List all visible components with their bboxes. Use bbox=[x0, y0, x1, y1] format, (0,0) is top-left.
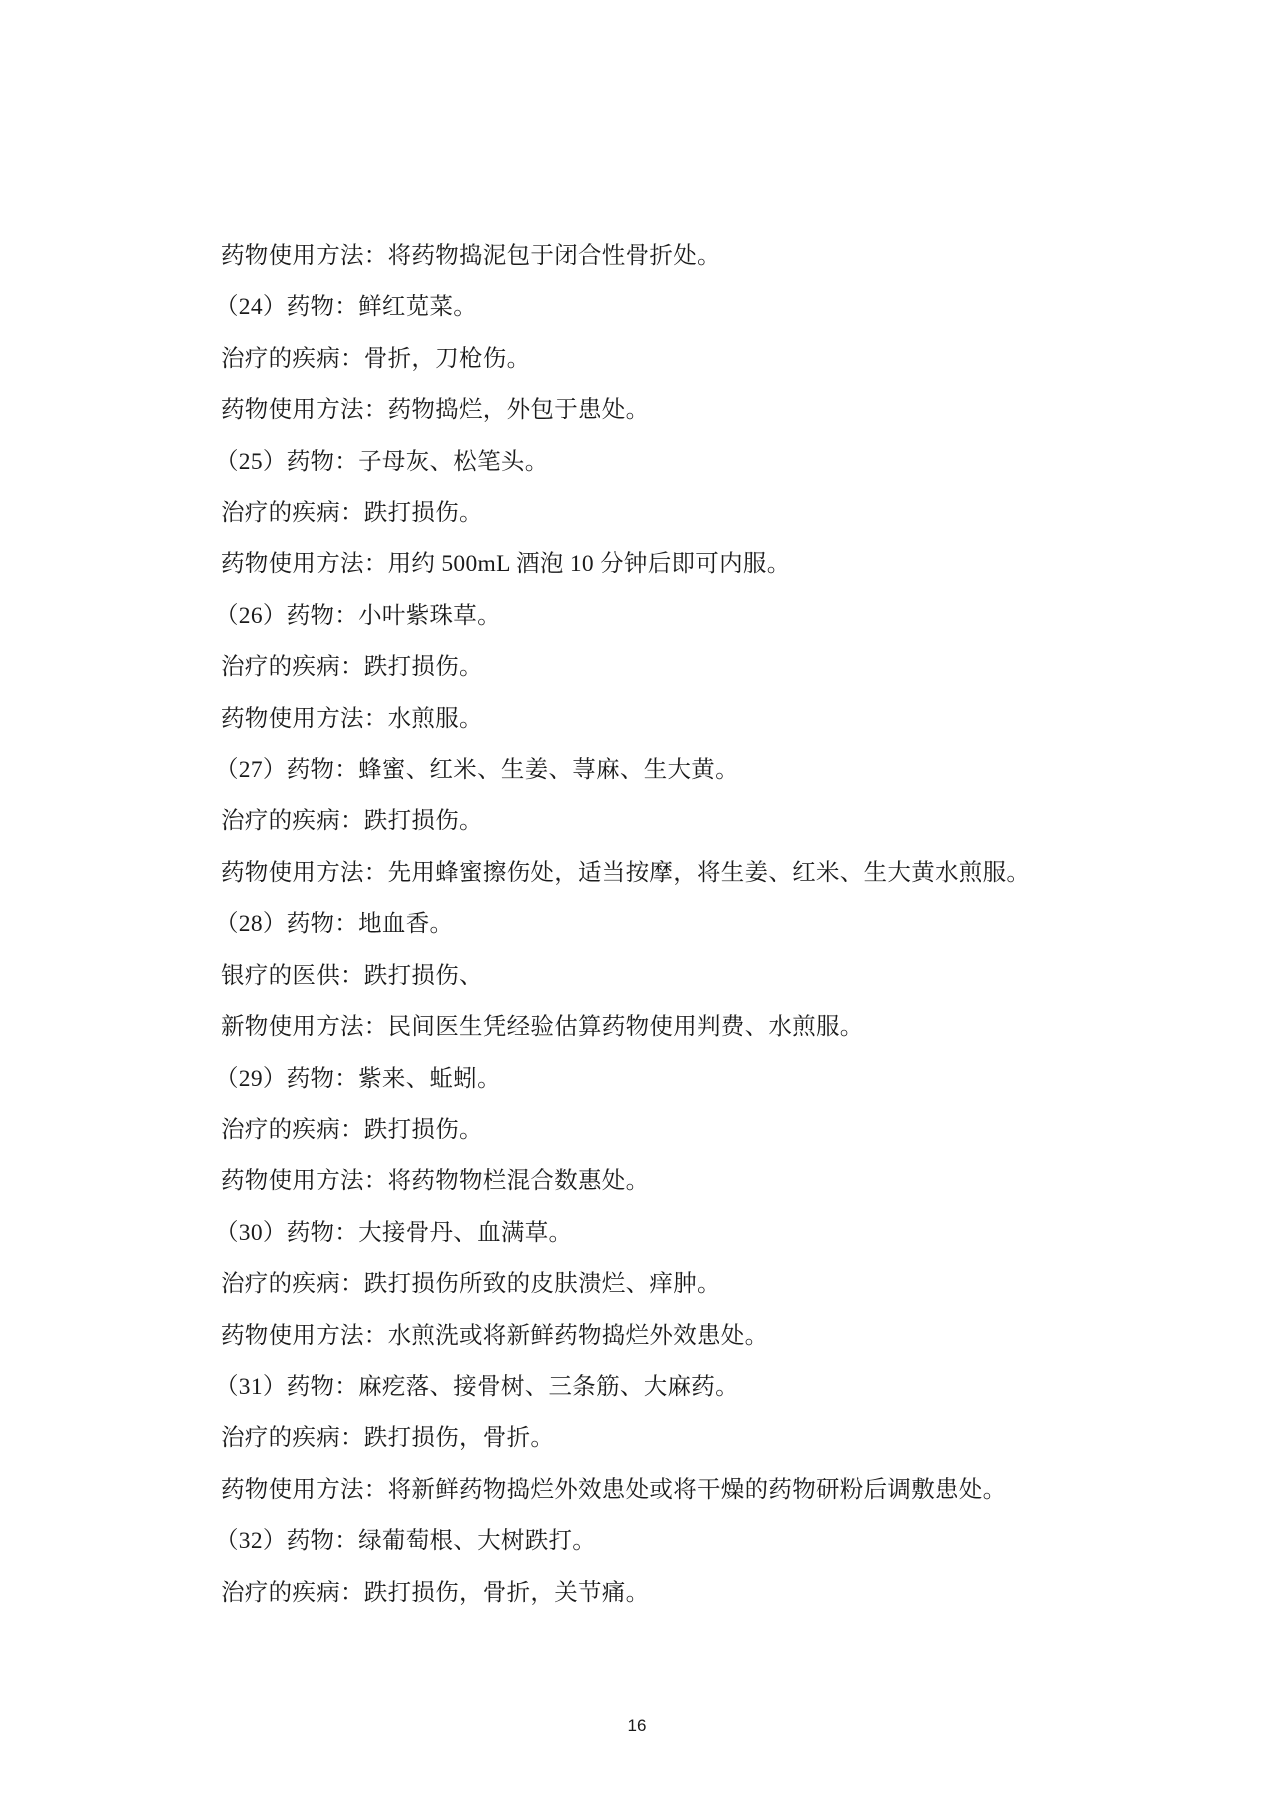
usage-line: 药物使用方法：水煎洗或将新鲜药物捣烂外效患处。 bbox=[221, 1311, 1121, 1362]
item-heading: （32）药物：绿葡萄根、大树跌打。 bbox=[215, 1516, 1121, 1567]
usage-line: 药物使用方法：先用蜂蜜擦伤处，适当按摩，将生姜、红米、生大黄水煎服。 bbox=[221, 848, 1121, 899]
usage-line: 药物使用方法：药物捣烂，外包于患处。 bbox=[221, 385, 1121, 436]
page-number: 16 bbox=[0, 1716, 1274, 1736]
item-heading: （26）药物：小叶紫珠草。 bbox=[215, 591, 1121, 642]
disease-line: 治疗的疾病：跌打损伤。 bbox=[221, 642, 1121, 693]
disease-line: 治疗的疾病：跌打损伤。 bbox=[221, 488, 1121, 539]
item-heading: （24）药物：鲜红苋菜。 bbox=[215, 282, 1121, 333]
usage-line: 药物使用方法：将药物物栏混合数惠处。 bbox=[221, 1156, 1121, 1207]
usage-line: 药物使用方法：将药物捣泥包于闭合性骨折处。 bbox=[221, 231, 1121, 282]
document-body: 药物使用方法：将药物捣泥包于闭合性骨折处。 （24）药物：鲜红苋菜。 治疗的疾病… bbox=[221, 231, 1121, 1619]
item-heading: （27）药物：蜂蜜、红米、生姜、荨麻、生大黄。 bbox=[215, 745, 1121, 796]
disease-line: 治疗的疾病：骨折，刀枪伤。 bbox=[221, 334, 1121, 385]
item-heading: （28）药物：地血香。 bbox=[215, 899, 1121, 950]
disease-line: 治疗的疾病：跌打损伤，骨折。 bbox=[221, 1413, 1121, 1464]
usage-line: 药物使用方法：将新鲜药物捣烂外效患处或将干燥的药物研粉后调敷患处。 bbox=[221, 1465, 1121, 1516]
usage-line: 药物使用方法：水煎服。 bbox=[221, 694, 1121, 745]
item-heading: （25）药物：子母灰、松笔头。 bbox=[215, 437, 1121, 488]
disease-line: 治疗的疾病：跌打损伤。 bbox=[221, 796, 1121, 847]
item-heading: （30）药物：大接骨丹、血满草。 bbox=[215, 1208, 1121, 1259]
item-heading: （31）药物：麻疙落、接骨树、三条筋、大麻药。 bbox=[215, 1362, 1121, 1413]
usage-line: 新物使用方法：民间医生凭经验估算药物使用判费、水煎服。 bbox=[221, 1002, 1121, 1053]
document-page: 药物使用方法：将药物捣泥包于闭合性骨折处。 （24）药物：鲜红苋菜。 治疗的疾病… bbox=[0, 0, 1274, 1801]
item-heading: （29）药物：紫来、蚯蚓。 bbox=[215, 1054, 1121, 1105]
disease-line: 银疗的医供：跌打损伤、 bbox=[221, 951, 1121, 1002]
disease-line: 治疗的疾病：跌打损伤所致的皮肤溃烂、痒肿。 bbox=[221, 1259, 1121, 1310]
usage-line: 药物使用方法：用约 500mL 酒泡 10 分钟后即可内服。 bbox=[221, 539, 1121, 590]
disease-line: 治疗的疾病：跌打损伤，骨折，关节痛。 bbox=[221, 1568, 1121, 1619]
disease-line: 治疗的疾病：跌打损伤。 bbox=[221, 1105, 1121, 1156]
